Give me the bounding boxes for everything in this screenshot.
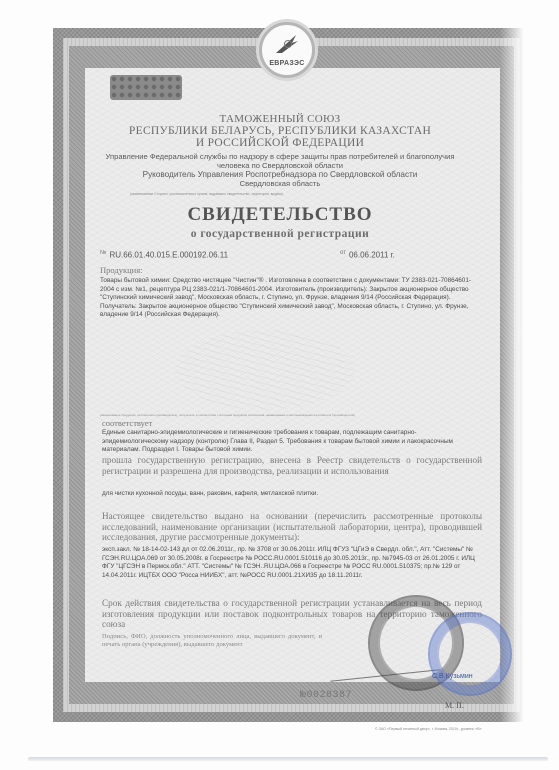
printer-note: © ЗАО «Первый печатный двор», г. Москва,… <box>375 727 482 731</box>
usage-scope: для чистки кухонной посуды, ванн, ракови… <box>102 490 480 499</box>
document-title: СВИДЕТЕЛЬСТВО <box>80 204 480 226</box>
watermark-emblem <box>175 330 355 410</box>
basis-statement: Настоящее свидетельство выдано на основа… <box>102 511 482 543</box>
blue-signature-stamp <box>428 612 512 696</box>
product-caption: (наименование продукции, изготовитель (п… <box>100 413 355 417</box>
number-prefix: № <box>100 250 106 256</box>
registration-date-value: 06.06.2011 г. <box>349 251 395 260</box>
compliance-label: соответствует <box>102 418 152 428</box>
registration-date: от06.06.2011 г. <box>340 250 395 260</box>
eurasec-emblem-icon <box>274 33 300 55</box>
union-title-line-1: ТАМОЖЕННЫЙ СОЮЗ <box>80 113 480 125</box>
issuer-header: ТАМОЖЕННЫЙ СОЮЗ РЕСПУБЛИКИ БЕЛАРУСЬ, РЕС… <box>80 113 480 188</box>
registration-statement: прошла государственную регистрацию, внес… <box>102 455 482 476</box>
basis-documents: эксп.закл. № 18-14-02-143 дл от 02.06.20… <box>102 546 478 580</box>
authority-line-2: человека по Свердловской области <box>80 161 480 170</box>
union-title-line-2: РЕСПУБЛИКИ БЕЛАРУСЬ, РЕСПУБЛИКИ КАЗАХСТА… <box>80 125 480 137</box>
eurasec-emblem: ЕВРАЗЭС <box>259 22 315 78</box>
signer-name: С.В.Кузьмин <box>432 673 473 680</box>
emblem-label: ЕВРАЗЭС <box>269 60 304 67</box>
registration-number-value: RU.66.01.40.015.Е.000192.06.11 <box>109 251 228 260</box>
product-label: Продукция: <box>100 265 142 275</box>
authority-line-1: Управление Федеральной службы по надзору… <box>80 152 480 161</box>
page-bottom-shadow <box>28 757 548 761</box>
authority-line-3: Руководитель Управления Роспотребнадзора… <box>80 170 480 179</box>
form-number: №0028387 <box>300 690 352 701</box>
date-prefix: от <box>340 250 346 256</box>
signature-label: Подпись, ФИО, должность уполномоченного … <box>102 633 322 649</box>
authority-line-4: Свердловская область <box>80 179 480 188</box>
registration-number: №RU.66.01.40.015.Е.000192.06.11 <box>100 250 228 260</box>
document-subtitle: о государственной регистрации <box>80 228 480 240</box>
issuer-caption: (наименование Стороны, уполномоченного о… <box>130 192 283 196</box>
scan-fade <box>500 20 559 730</box>
seal-place-mark: М. П. <box>445 701 464 710</box>
product-description: Товары бытовой химии: Средство чистящее … <box>100 277 478 320</box>
ornament-pattern <box>110 75 182 100</box>
compliance-requirements: Единые санитарно-эпидемиологические и ги… <box>102 429 480 455</box>
union-title-line-3: И РОССИЙСКОЙ ФЕДЕРАЦИИ <box>80 137 480 149</box>
